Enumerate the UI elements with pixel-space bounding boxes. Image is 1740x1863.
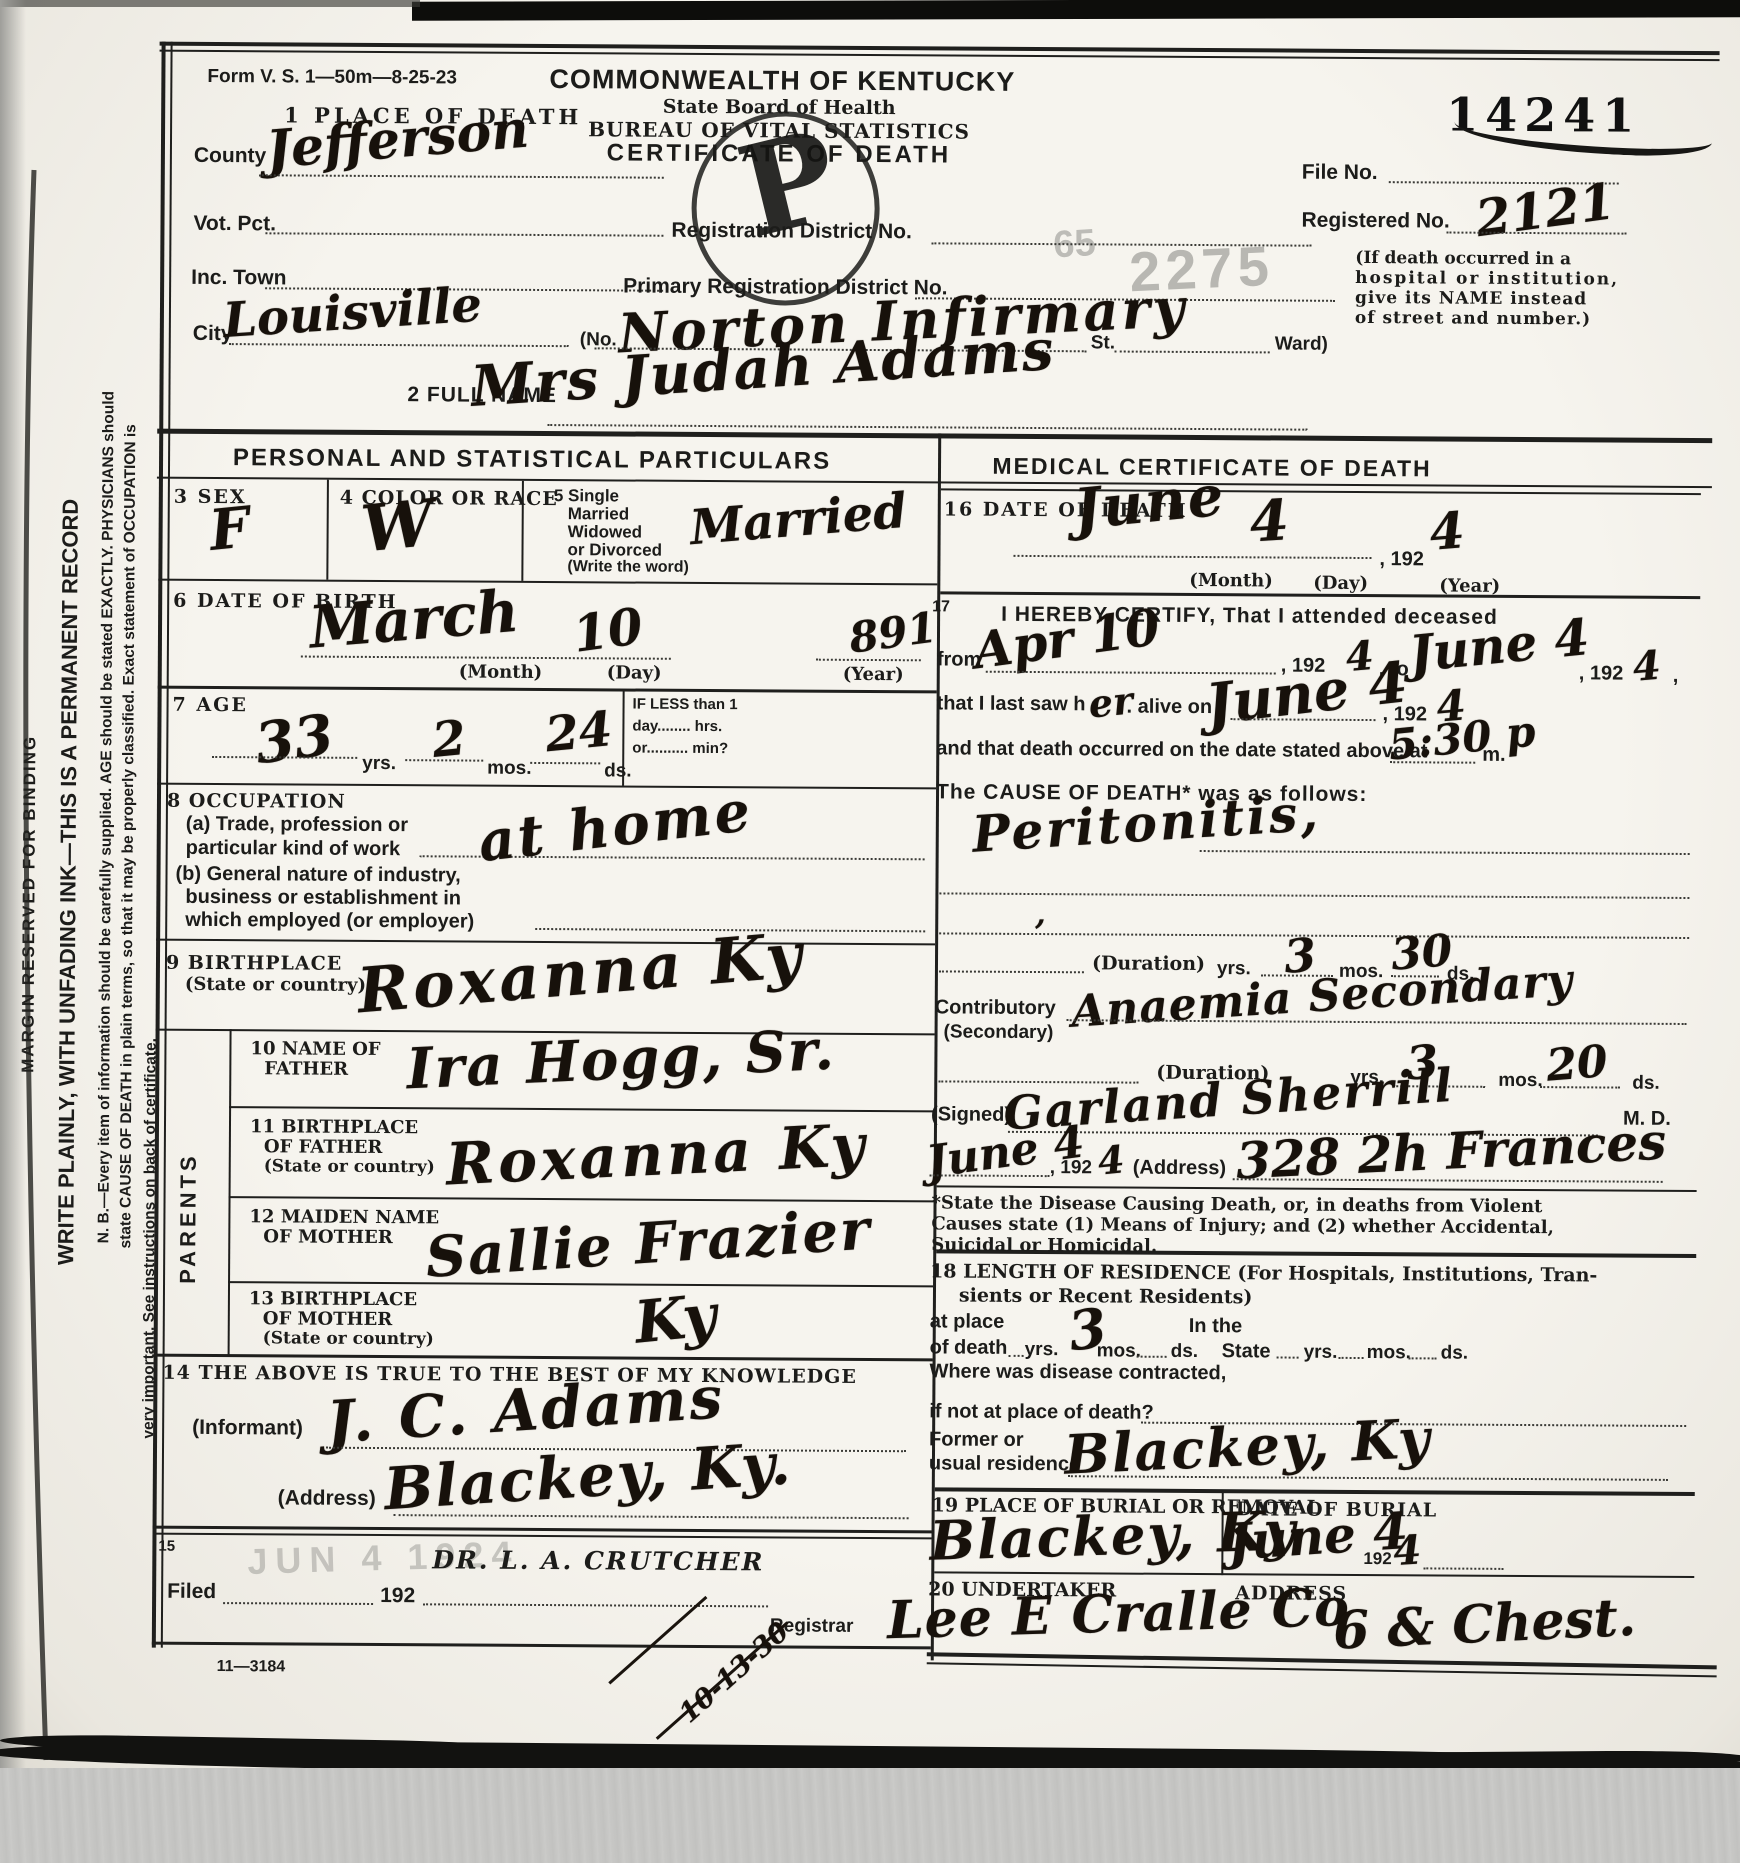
dob-month-value: March (307, 577, 522, 662)
signed-label: (Signed) (931, 1103, 1011, 1126)
age-days-line (530, 760, 600, 764)
in-the-label: In the (1189, 1315, 1242, 1338)
death-occurred-label: and that death occurred on the date stat… (936, 737, 1427, 763)
birthplace-caption: (State or country) (185, 974, 366, 996)
rule-informant-bottom2 (152, 1533, 931, 1540)
duration1-dots1 (939, 968, 1084, 973)
scan-bottom-backing (0, 1768, 1740, 1863)
band-top-rule (157, 429, 1712, 443)
occupation-b-line2: business or establishment in (185, 886, 461, 911)
dod-day-value: 4 (1248, 487, 1291, 555)
residence-dots1 (1009, 1353, 1024, 1357)
mother-name-label2: OF MOTHER (263, 1226, 393, 1248)
sex-value: F (206, 494, 252, 564)
form-number: Form V. S. 1—50m—8-25-23 (207, 66, 457, 90)
color-value: W (358, 486, 437, 568)
dob-year-caption: (Year) (843, 664, 904, 685)
st-label: St. (1091, 332, 1115, 354)
occupation-b-line1: (b) General nature of industry, (175, 863, 460, 888)
age-months-line (405, 757, 483, 761)
to-year-value: 4 (1631, 642, 1663, 691)
death-time-line (1390, 759, 1475, 764)
dob-day-caption: (Day) (607, 662, 662, 683)
registered-no-label: Registered No. (1301, 209, 1449, 234)
age-ds-label: ds. (604, 760, 632, 782)
age-label: 7 AGE (172, 694, 247, 716)
vert-parents-col (228, 1029, 232, 1356)
birthplace-label: 9 BIRTHPLACE (166, 952, 342, 975)
parents-column-label: PARENTS (175, 1034, 203, 1284)
dod-year-print: , 192 (1379, 548, 1424, 571)
occupation-value: at home (475, 778, 756, 875)
hospital-note-line1: (If death occurred in a (1355, 248, 1571, 269)
contributory-label: Contributory (935, 996, 1056, 1020)
dod-day-caption: (Day) (1313, 573, 1368, 594)
filed-year-print: 192 (380, 1584, 415, 1608)
father-bp-caption: (State or country) (264, 1156, 435, 1177)
mother-bp-label1: 13 BIRTHPLACE (249, 1288, 417, 1310)
item15-number: 15 (158, 1538, 175, 1555)
father-bp-value: Roxanna Ky (444, 1111, 869, 1198)
age-years-line (212, 754, 357, 759)
filed-line2 (423, 1601, 768, 1607)
county-label: County (194, 144, 266, 168)
dod-year-value: 4 (1427, 500, 1466, 562)
county-line (259, 172, 664, 178)
age-mos-label: mos. (487, 758, 531, 780)
margin-nb-line2: state CAUSE OF DEATH in plain terms, so … (117, 98, 142, 1248)
age-yrs-label: yrs. (362, 753, 396, 775)
occupation-a-line1: (a) Trade, profession or (186, 813, 408, 837)
father-bp-label1: 11 BIRTHPLACE (250, 1116, 418, 1138)
burial-date-line (1423, 1565, 1503, 1569)
death-time-m-label: m. (1482, 744, 1505, 767)
death-certificate-scan: MARGIN RESERVED FOR BINDING WRITE PLAINL… (0, 0, 1740, 1863)
certificate: MARGIN RESERVED FOR BINDING WRITE PLAINL… (0, 0, 1740, 1780)
alive-on-label: . alive on (1126, 696, 1212, 720)
to-year-print: , 192 (1579, 662, 1624, 685)
dob-day-value: 10 (569, 596, 646, 664)
signed-date-line (930, 1172, 1050, 1177)
informant-address-line (394, 1512, 909, 1519)
margin-nb-line1: N. B.—Every item of information should b… (95, 93, 120, 1243)
rule-sex-bottom (158, 579, 937, 586)
duration1-label: (Duration) (1092, 952, 1205, 975)
top-rule (160, 42, 1720, 56)
st-line (1115, 348, 1270, 353)
signed-year-print: , 192 (1050, 1157, 1092, 1179)
cause-stray-mark: , (1035, 897, 1046, 932)
former-label2: usual residence (929, 1452, 1080, 1476)
occupation-label: 8 OCCUPATION (167, 790, 346, 813)
residence-yrs-label2: yrs. (1304, 1342, 1338, 1364)
commonwealth-title: COMMONWEALTH OF KENTUCKY (549, 64, 1009, 98)
hospital-note-line4: of street and number.) (1355, 308, 1591, 329)
father-name-value: Ira Hogg, Sr. (405, 1017, 837, 1103)
if-less-line2: day........ hrs. (632, 718, 722, 736)
father-name-label1: 10 NAME OF (250, 1038, 380, 1060)
secondary-label: (Secondary) (944, 1021, 1054, 1044)
dob-year-value: 891 (846, 603, 939, 663)
occupation-b-line3: which employed (or employer) (185, 909, 474, 934)
cause-line1 (1200, 848, 1690, 855)
scan-edge-top (412, 0, 1740, 21)
rule-med-bottom (927, 1652, 1717, 1669)
rule-age-bottom (157, 783, 936, 790)
residence-mos-label1: mos. (1097, 1340, 1141, 1362)
duration2-mos-label: mos. (1498, 1070, 1542, 1092)
residence-dots3 (1277, 1354, 1299, 1358)
registrar-name-stamp: DR. L. A. CRUTCHER (432, 1545, 764, 1576)
cause-line2 (939, 890, 1689, 899)
residence-mos-label2: mos. (1367, 1342, 1411, 1364)
vot-pct-label: Vot. Pct. (193, 212, 276, 237)
last-saw-label: that I last saw h (937, 692, 1086, 716)
vot-pct-line (265, 230, 663, 236)
rule-med-title-bottom (941, 488, 1701, 495)
burial-year-print: 192 (1363, 1549, 1391, 1569)
rule-mother-bottom (228, 1281, 933, 1287)
dod-year-caption: (Year) (1439, 575, 1500, 596)
personal-section-title: PERSONAL AND STATISTICAL PARTICULARS (182, 444, 882, 476)
residence-ds-label1: ds. (1171, 1341, 1199, 1363)
residence-ds-label2: ds. (1441, 1342, 1469, 1364)
residence-dots4 (1339, 1355, 1364, 1359)
rule-parents-bottom (154, 1354, 933, 1362)
item17-number: 17 (932, 598, 950, 616)
rule-dob-bottom (158, 686, 937, 694)
informant-address-label: (Address) (278, 1486, 376, 1511)
diagonal-note-value: 10-13-30 (673, 1616, 795, 1729)
father-bp-label2: OF FATHER (264, 1136, 383, 1158)
at-place-label1: at place (930, 1310, 1005, 1333)
undertaker-value: Lee E Cralle Co (886, 1577, 1350, 1651)
occupation-a-line2: particular kind of work (186, 837, 401, 861)
registration-district-label: Registration District No. (671, 219, 912, 244)
to-comma: , (1673, 665, 1679, 688)
mother-bp-value: Ky (632, 1281, 720, 1357)
age-years-value: 33 (251, 702, 337, 778)
sheet-number-underline (1453, 111, 1712, 159)
full-name-line (547, 422, 1307, 431)
burial-year-value: 4 (1392, 1526, 1423, 1575)
if-less-line3: or.......... min? (632, 740, 728, 758)
mother-bp-label2: OF MOTHER (263, 1308, 393, 1330)
if-less-line1: IF LESS than 1 (633, 696, 738, 714)
residence-label-line2: sients or Recent Residents) (959, 1285, 1253, 1309)
dob-year-line (816, 657, 921, 662)
registered-no-line (1446, 230, 1626, 235)
rule-informant-bottom (153, 1526, 932, 1534)
file-no-label: File No. (1302, 161, 1378, 185)
dod-line (1013, 553, 1371, 559)
footnote-line3: Suicidal or Homicidal. (931, 1234, 1157, 1256)
vert-sex-color (326, 480, 329, 580)
residence-yrs-label1: yrs. (1025, 1339, 1059, 1361)
residence-label-line1: 18 LENGTH OF RESIDENCE (For Hospitals, I… (930, 1260, 1597, 1286)
residence-dots2 (1137, 1354, 1167, 1358)
dob-line (301, 654, 671, 660)
father-name-label2: FATHER (264, 1058, 348, 1080)
undertaker-address-value: 6 & Chest. (1332, 1587, 1638, 1662)
marital-label-5: (Write the word) (567, 558, 689, 577)
age-days-value: 24 (543, 701, 615, 763)
physician-address-label: (Address) (1133, 1157, 1226, 1181)
hospital-note-line2: hospital or institution, (1355, 268, 1619, 290)
duration2-dots3 (1540, 1084, 1620, 1088)
residence-dots5 (1409, 1355, 1437, 1359)
city-line (229, 341, 569, 347)
dod-month-value: June (1071, 462, 1228, 543)
filed-label: Filed (167, 1580, 216, 1604)
marital-value: Married (688, 483, 909, 556)
signed-year-value: 4 (1096, 1136, 1127, 1183)
mother-name-label1: 12 MAIDEN NAME (249, 1206, 439, 1228)
mother-name-value: Sallie Frazier (424, 1197, 874, 1291)
birthplace-value: Roxanna Ky (355, 918, 809, 1027)
ward-label: Ward) (1275, 333, 1328, 355)
hospital-note-line3: give its NAME instead (1355, 288, 1587, 309)
where-contracted-label: Where was disease contracted, (929, 1360, 1226, 1385)
diagonal-stroke-1 (608, 1596, 707, 1685)
rule-father-bottom (229, 1106, 934, 1112)
duration2-ds-label: ds. (1632, 1073, 1660, 1095)
residence-state-label: State (1222, 1340, 1271, 1363)
at-place-label2: of death (930, 1336, 1008, 1359)
filed-line1 (223, 1600, 373, 1605)
informant-label: (Informant) (192, 1416, 303, 1441)
mother-bp-caption: (State or country) (263, 1328, 434, 1349)
last-saw-date-value: June 4 (1203, 649, 1411, 738)
paper-edge-left-line (0, 0, 70, 1800)
former-label1: Former or (929, 1428, 1024, 1452)
dob-month-caption: (Month) (459, 661, 543, 683)
plate-code: 11—3184 (217, 1658, 286, 1676)
rule-filed-bottom (152, 1642, 931, 1650)
dod-month-caption: (Month) (1189, 570, 1273, 592)
